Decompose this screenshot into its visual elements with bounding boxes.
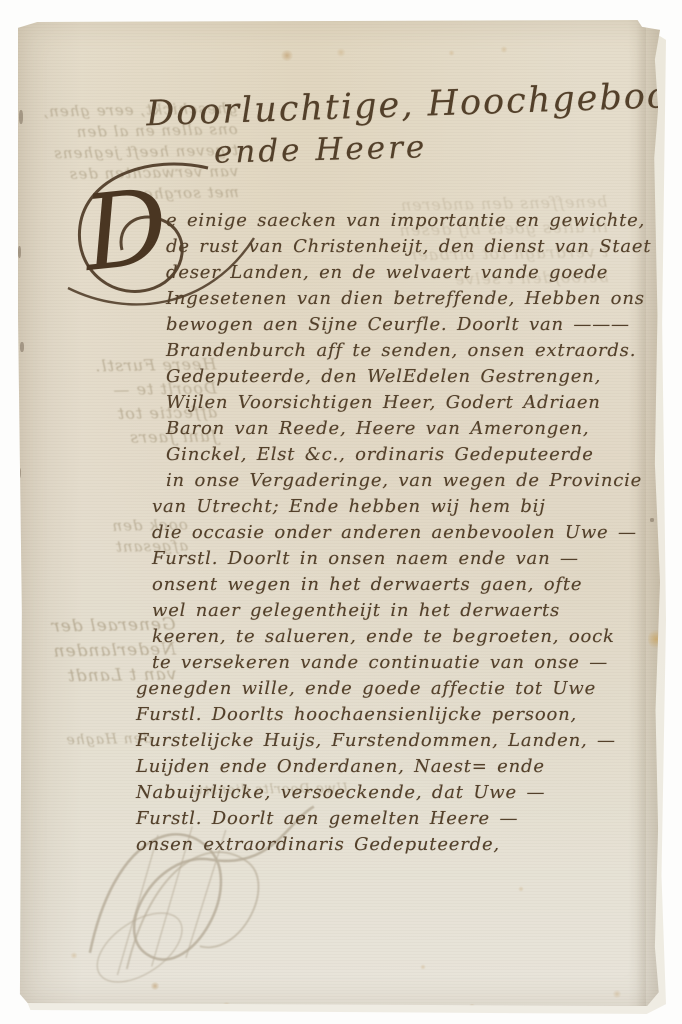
manuscript-line: Furstelijcke Huijs, Furstendommen, Lande… — [136, 728, 666, 754]
manuscript-line: te versekeren vande continuatie van onse… — [152, 650, 666, 676]
manuscript-line: Furstl. Doorlts hoochaensienlijcke perso… — [136, 702, 666, 728]
salutation-line-1: Doorluchtige, Hoochgeboorne Furst — [146, 70, 682, 135]
stain — [280, 50, 294, 61]
manuscript-line: onsent wegen in het derwaerts gaen, ofte — [152, 572, 666, 598]
manuscript-line: deser Landen, en de welvaert vande goede — [166, 260, 666, 286]
manuscript-line: Furstl. Doorlt in onsen naem ende van — — [152, 546, 666, 572]
edge-fleck — [18, 246, 21, 258]
edge-fleck — [20, 342, 24, 352]
manuscript-line: in onse Vergaderinge, van wegen de Provi… — [166, 468, 666, 494]
manuscript-line: Furstl. Doorlt aen gemelten Heere — — [136, 806, 666, 832]
stain — [612, 990, 622, 998]
edge-fleck — [18, 468, 21, 478]
manuscript-line: Gedeputeerde, den WelEdelen Gestrengen, — [166, 364, 666, 390]
letter-body: e einige saecken van importantie en gewi… — [166, 208, 666, 858]
manuscript-line: e einige saecken van importantie en gewi… — [166, 208, 666, 234]
manuscript-page: gheschickt, eere ghen, ons allen en al d… — [18, 20, 660, 1006]
stain — [336, 48, 346, 57]
salutation-line-2: ende Heere — [214, 129, 428, 171]
stain — [420, 964, 426, 970]
stain — [518, 886, 524, 892]
manuscript-line: Ingesetenen van dien betreffende, Hebben… — [166, 286, 666, 312]
manuscript-line: genegden wille, ende goede affectie tot … — [136, 676, 666, 702]
manuscript-line: Wijlen Voorsichtigen Heer, Godert Adriae… — [166, 390, 666, 416]
stain — [150, 982, 160, 990]
edge-fleck — [19, 110, 23, 124]
stain — [70, 952, 78, 959]
manuscript-line: de rust van Christenheijt, den dienst va… — [166, 234, 666, 260]
bleedthrough-text-small-left: den Haghe — [22, 729, 152, 752]
manuscript-line: Baron van Reede, Heere van Amerongen, — [166, 416, 666, 442]
drop-cap-letter: D — [79, 174, 173, 286]
stain — [500, 46, 508, 53]
manuscript-line: van Utrecht; Ende hebben wij hem bij — [152, 494, 666, 520]
manuscript-line: die occasie onder anderen aenbevoolen Uw… — [152, 520, 666, 546]
manuscript-line: Brandenburch aff te senden, onsen extrao… — [166, 338, 666, 364]
manuscript-line: onsen extraordinaris Gedeputeerde, — [136, 832, 666, 858]
manuscript-line: keeren, te salueren, ende te begroeten, … — [152, 624, 666, 650]
manuscript-scan: gheschickt, eere ghen, ons allen en al d… — [0, 0, 682, 1024]
manuscript-line: bewogen aen Sijne Ceurfle. Doorlt van ——… — [166, 312, 666, 338]
manuscript-line: Nabuijrlijcke, versoeckende, dat Uwe — — [136, 780, 666, 806]
manuscript-line: Ginckel, Elst &c., ordinaris Gedeputeerd… — [166, 442, 666, 468]
manuscript-line: Luijden ende Onderdanen, Naest= ende — [136, 754, 666, 780]
stain — [448, 50, 455, 56]
manuscript-line: wel naer gelegentheijt in het derwaerts — [152, 598, 666, 624]
